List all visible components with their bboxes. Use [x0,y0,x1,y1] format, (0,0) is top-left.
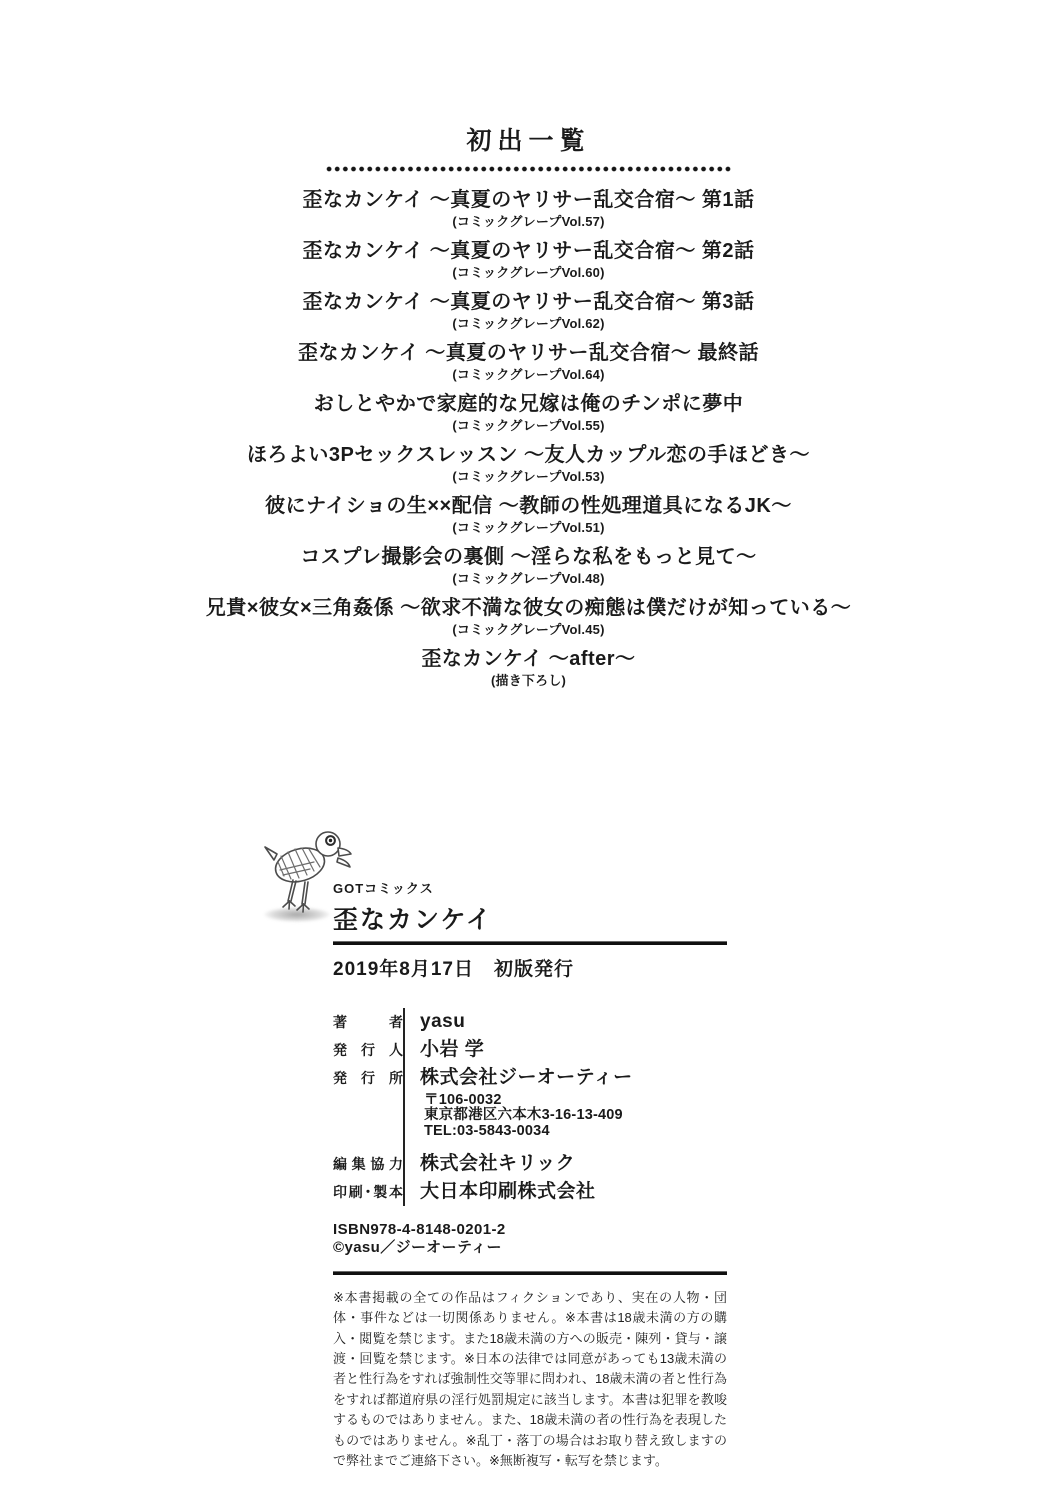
staff-value: yasu [403,1008,727,1036]
publisher-address: 〒106-0032 東京都港区六本木3-16-13-409 TEL:03-584… [420,1093,727,1140]
staff-value: 株式会社ジーオーティー 〒106-0032 東京都港区六本木3-16-13-40… [403,1064,727,1147]
edition-date: 2019年8月17日 初版発行 [333,954,727,981]
staff-value: 小岩 学 [403,1036,727,1064]
copyright-line: ©yasu／ジーオーティー [333,1239,727,1258]
entry-source: (コミックグレープVol.53) [0,469,1057,484]
list-item: おしとやかで家庭的な兄嫁は俺のチンポに夢中 (コミックグレープVol.55) [0,392,1057,433]
staff-row-editing: 編集協力 株式会社キリック [333,1147,727,1178]
list-item: 兄貴×彼女×三角姦係 ～欲求不満な彼女の痴態は僕だけが知っている～ (コミックグ… [0,596,1057,637]
bird-icon [256,827,358,915]
legal-disclaimer: ※本書掲載の全ての作品はフィクションであり、実在の人物・団体・事件などは一切関係… [333,1288,727,1472]
bird-sketch-illustration [256,827,358,915]
staff-table: 著者 yasu 発行人 小岩 学 発行所 株式会社ジーオーティー 〒106-00… [333,1008,727,1206]
entry-title: ほろよい3Pセックスレッスン ～友人カップル恋の手ほどき～ [0,443,1057,468]
entry-source: (描き下ろし) [0,673,1057,688]
staff-label: 発行人 [333,1036,403,1064]
colophon-block: GOTコミックス 歪なカンケイ 2019年8月17日 初版発行 著者 yasu … [333,878,727,1471]
entry-source: (コミックグレープVol.48) [0,571,1057,586]
dotted-divider [325,166,733,172]
staff-row-printing: 印刷･製本 大日本印刷株式会社 [333,1178,727,1206]
entry-source: (コミックグレープVol.45) [0,622,1057,637]
entry-title: 歪なカンケイ ～真夏のヤリサー乱交合宿～ 第1話 [0,188,1057,213]
staff-label: 発行所 [333,1064,403,1147]
list-item: 彼にナイショの生××配信 ～教師の性処理道具になるJK～ (コミックグレープVo… [0,494,1057,535]
isbn: ISBN978-4-8148-0201-2 [333,1221,727,1240]
staff-label: 印刷･製本 [333,1178,403,1206]
entry-source: (コミックグレープVol.57) [0,214,1057,229]
colophon-page: 初出一覧 歪なカンケイ ～真夏のヤリサー乱交合宿～ 第1話 (コミックグレープV… [0,0,1057,1500]
entry-title: 歪なカンケイ ～真夏のヤリサー乱交合宿～ 第3話 [0,290,1057,315]
entry-title: おしとやかで家庭的な兄嫁は俺のチンポに夢中 [0,392,1057,417]
entry-source: (コミックグレープVol.62) [0,316,1057,331]
street-address: 東京都港区六本木3-16-13-409 [424,1108,727,1124]
list-item: 歪なカンケイ ～after～ (描き下ろし) [0,647,1057,688]
list-item: 歪なカンケイ ～真夏のヤリサー乱交合宿～ 第3話 (コミックグレープVol.62… [0,290,1057,331]
staff-row-publisher-company: 発行所 株式会社ジーオーティー 〒106-0032 東京都港区六本木3-16-1… [333,1064,727,1147]
list-item: 歪なカンケイ ～真夏のヤリサー乱交合宿～ 第2話 (コミックグレープVol.60… [0,239,1057,280]
entry-title: 歪なカンケイ ～after～ [0,647,1057,672]
entry-source: (コミックグレープVol.51) [0,520,1057,535]
entry-title: コスプレ撮影会の裏側 ～淫らな私をもっと見て～ [0,545,1057,570]
list-item: コスプレ撮影会の裏側 ～淫らな私をもっと見て～ (コミックグレープVol.48) [0,545,1057,586]
entry-title: 歪なカンケイ ～真夏のヤリサー乱交合宿～ 最終話 [0,341,1057,366]
book-title: 歪なカンケイ [333,900,727,936]
publisher-name: 株式会社ジーオーティー [420,1067,727,1089]
entry-source: (コミックグレープVol.64) [0,367,1057,382]
staff-row-publisher-person: 発行人 小岩 学 [333,1036,727,1064]
staff-label: 著者 [333,1008,403,1036]
list-item: ほろよい3Pセックスレッスン ～友人カップル恋の手ほどき～ (コミックグレープV… [0,443,1057,484]
entry-source: (コミックグレープVol.55) [0,418,1057,433]
isbn-block: ISBN978-4-8148-0201-2 ©yasu／ジーオーティー [333,1221,727,1258]
staff-value: 株式会社キリック [403,1147,727,1178]
disclaimer-divider [333,1271,727,1275]
entry-source: (コミックグレープVol.60) [0,265,1057,280]
title-underline [333,941,727,945]
telephone: TEL:03-5843-0034 [424,1124,727,1140]
imprint-label: GOTコミックス [333,878,727,897]
entry-title: 兄貴×彼女×三角姦係 ～欲求不満な彼女の痴態は僕だけが知っている～ [0,596,1057,621]
entry-title: 歪なカンケイ ～真夏のヤリサー乱交合宿～ 第2話 [0,239,1057,264]
staff-label: 編集協力 [333,1147,403,1178]
list-item: 歪なカンケイ ～真夏のヤリサー乱交合宿～ 第1話 (コミックグレープVol.57… [0,188,1057,229]
first-publication-list: 初出一覧 歪なカンケイ ～真夏のヤリサー乱交合宿～ 第1話 (コミックグレープV… [0,121,1057,698]
staff-value: 大日本印刷株式会社 [403,1178,727,1206]
first-publication-heading: 初出一覧 [0,121,1057,157]
entry-title: 彼にナイショの生××配信 ～教師の性処理道具になるJK～ [0,494,1057,519]
list-item: 歪なカンケイ ～真夏のヤリサー乱交合宿～ 最終話 (コミックグレープVol.64… [0,341,1057,382]
staff-row-author: 著者 yasu [333,1008,727,1036]
postal-code: 〒106-0032 [424,1093,727,1109]
